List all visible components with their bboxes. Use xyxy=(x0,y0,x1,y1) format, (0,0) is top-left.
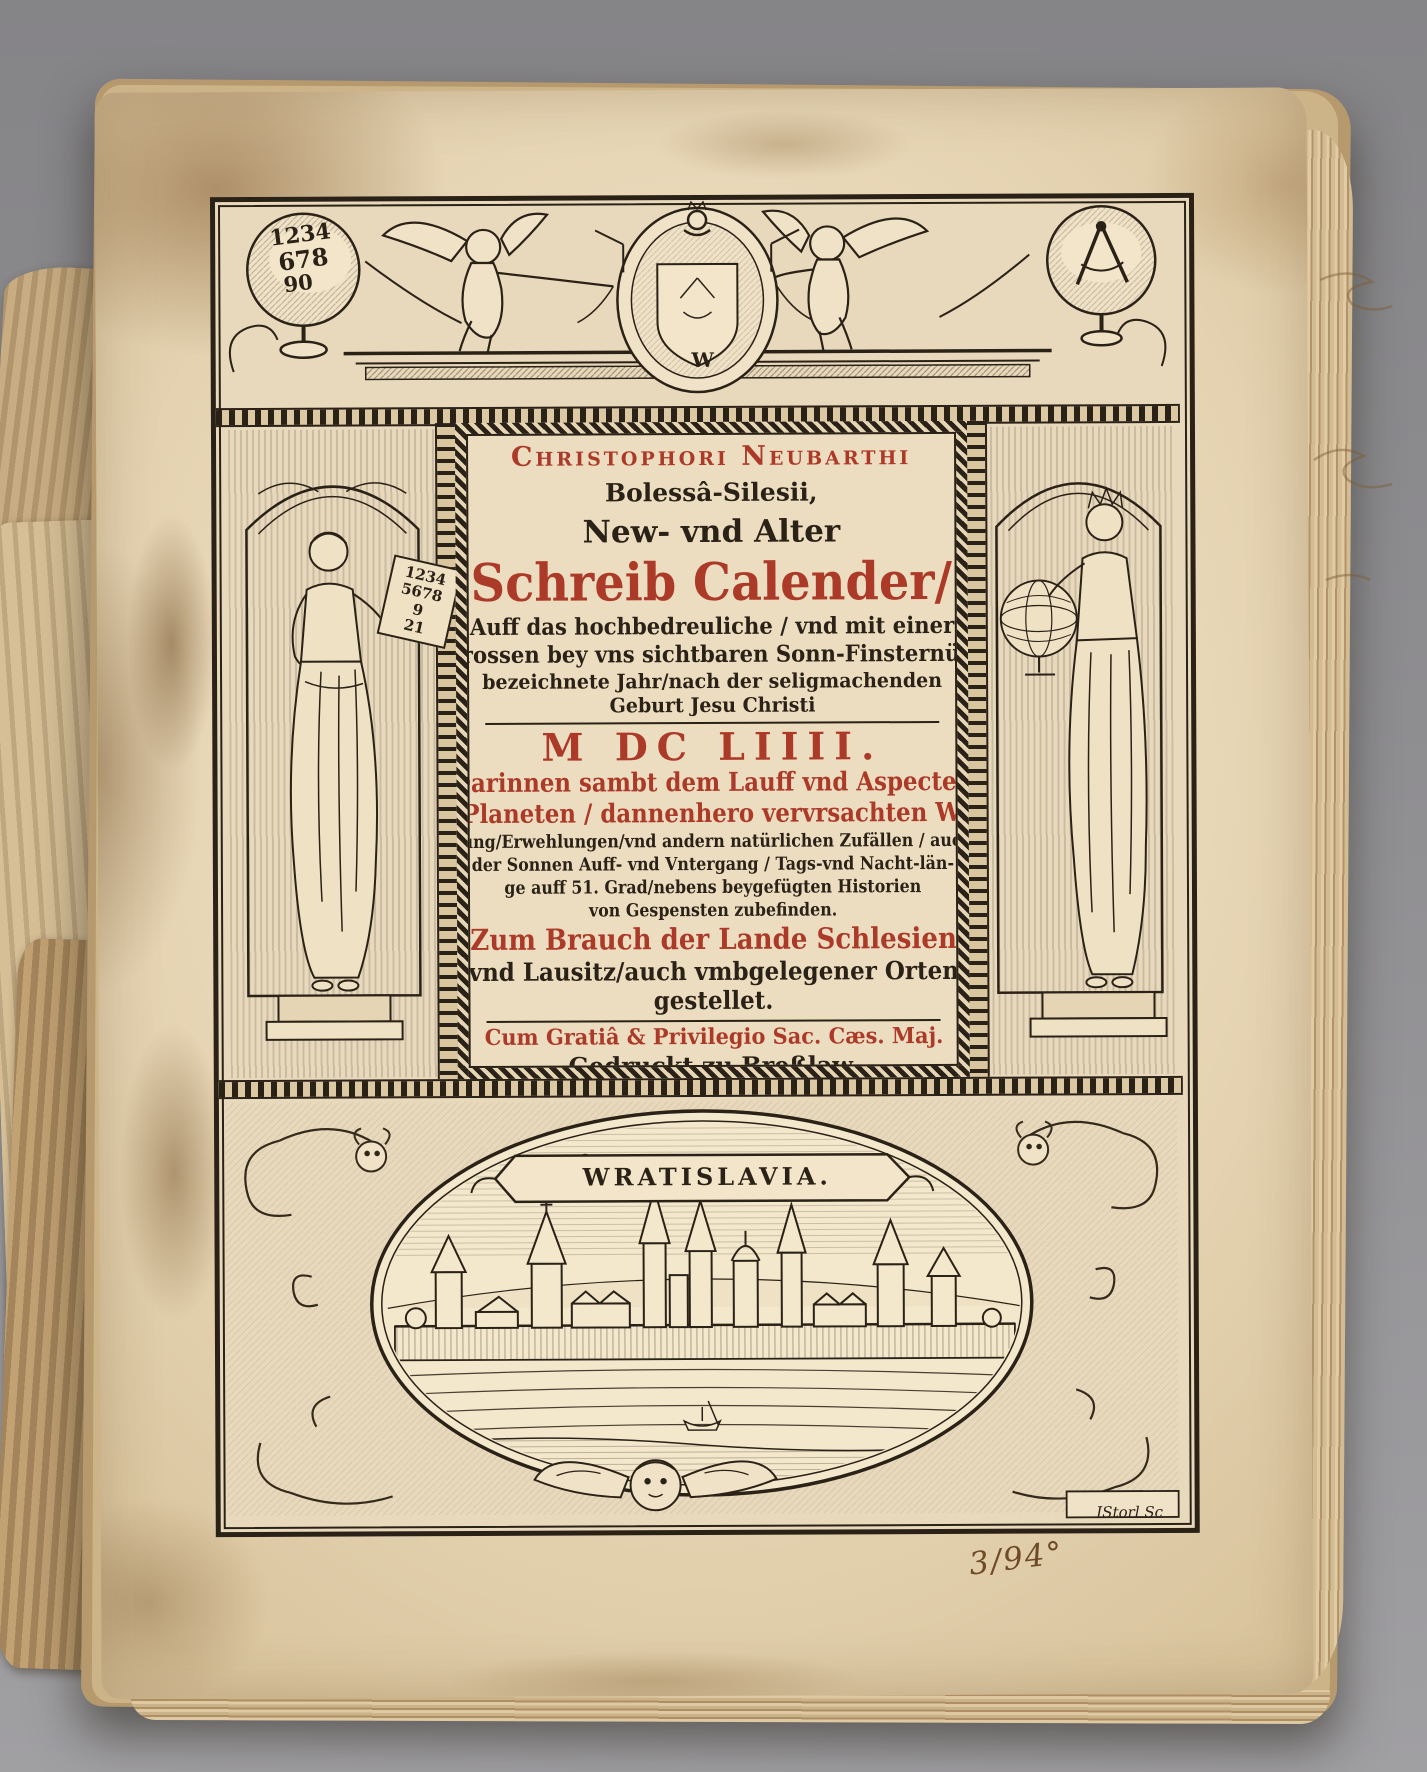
globe-divider-icon xyxy=(1047,206,1156,345)
ghost-handwriting-marks xyxy=(1290,260,1400,660)
stain xyxy=(655,109,915,180)
contents-line: der Sonnen Auff- vnd Vntergang / Tags-vn… xyxy=(472,852,954,877)
series-line: New- vnd Alter xyxy=(583,510,841,553)
engraver-signature: IStorl Sc xyxy=(1069,1503,1191,1522)
putto-left-icon xyxy=(383,213,614,353)
woodcut-header-engraving xyxy=(215,198,1180,410)
contents-line-red: Darinnen sambt dem Lauff vnd Aspecten xyxy=(466,767,959,800)
contents-line: ge auff 51. Grad/nebens beygefügten Hist… xyxy=(505,875,922,900)
dedication-line: vnd Lausitz/auch vmbgelegener Orten xyxy=(468,956,958,987)
subtitle-line: bezeichnete Jahr/nach der seligmachenden xyxy=(482,668,942,694)
allegorical-figure-right xyxy=(984,426,1175,1075)
title-text-inner: Christophori Neubarthi Bolessâ-Silesii, … xyxy=(466,432,959,1068)
handwritten-price-mark: 3/94° xyxy=(967,1535,1066,1583)
dedication-line-red: Zum Brauch der Lande Schlesien xyxy=(470,921,957,958)
contents-line-red: der Planeten / dannenhero vervrsachten W… xyxy=(466,798,959,832)
contents-line: von Gespensten zubefinden. xyxy=(589,898,837,922)
subtitle-line: Auff das hochbedreuliche / vnd mit einer xyxy=(470,612,954,642)
year-roman: M DC LIIII. xyxy=(541,725,883,768)
woodcut-frame: 1234 678 90 W xyxy=(210,193,1200,1537)
imprint-line: Gedruckt zu Breßlaw. xyxy=(568,1050,859,1068)
sphere-numbers: 1234 678 90 xyxy=(249,218,357,300)
origin-line: Bolessâ-Silesii, xyxy=(605,475,818,512)
main-title: Schreib Calender/ xyxy=(471,552,953,614)
putto-right-icon xyxy=(763,210,928,352)
photo-background: 1234 678 90 W xyxy=(0,0,1427,1772)
privilege-line: Cum Gratiâ & Privilegio Sac. Cæs. Maj. xyxy=(484,1023,943,1052)
stain xyxy=(126,512,217,772)
dedication-line: gestellet. xyxy=(654,986,774,1016)
author-line: Christophori Neubarthi xyxy=(511,438,912,476)
title-page: 1234 678 90 W xyxy=(95,87,1314,1698)
contents-line: rung/Erwehlungen/vnd andern natürlichen … xyxy=(466,829,959,854)
stain xyxy=(441,1649,861,1698)
subtitle-line: grossen bey vns sichtbaren Sonn-Finstern… xyxy=(466,640,959,670)
title-text-panel: Christophori Neubarthi Bolessâ-Silesii, … xyxy=(455,421,970,1079)
allegorical-figure-left xyxy=(228,429,439,1078)
crest-monogram: W xyxy=(677,348,729,372)
city-banner-label: WRATISLAVIA. xyxy=(511,1161,903,1192)
subtitle-line: Geburt Jesu Christi xyxy=(609,693,815,718)
city-vignette-engraving xyxy=(219,1093,1185,1522)
